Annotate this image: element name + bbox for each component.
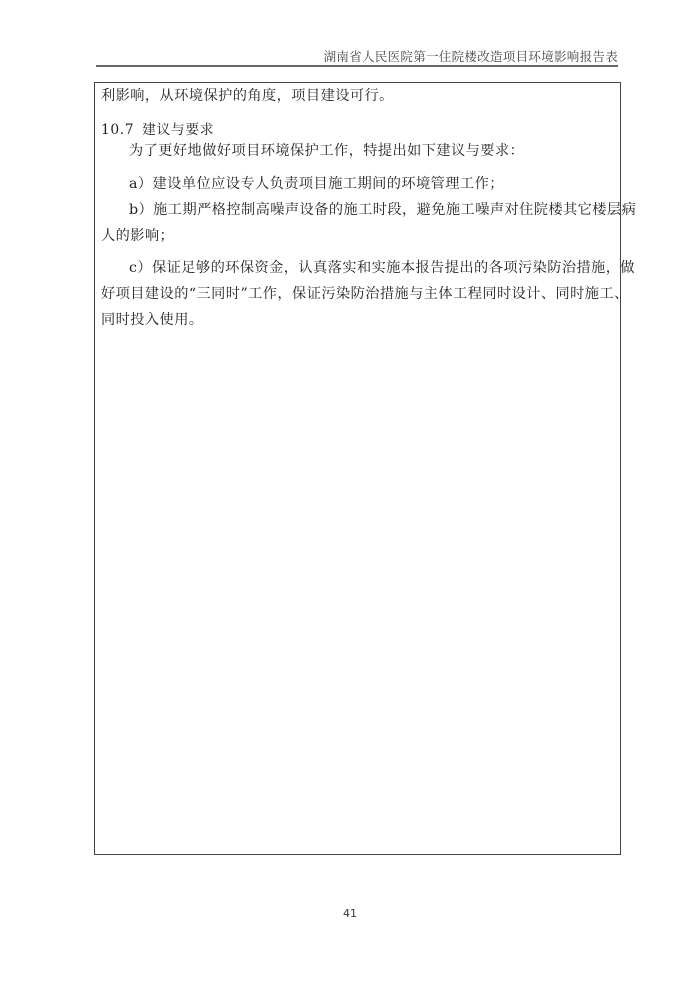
recommendation-b-line-2: 人的影响； — [101, 225, 174, 245]
section-title: 建议与要求 — [142, 122, 214, 138]
header-divider — [96, 65, 618, 67]
intro-paragraph: 为了更好地做好项目环境保护工作，特提出如下建议与要求： — [129, 140, 524, 160]
recommendation-c-line-1: c）保证足够的环保资金，认真落实和实施本报告提出的各项污染防治措施，做 — [129, 257, 635, 277]
recommendation-a: a）建设单位应设专人负责项目施工期间的环境管理工作； — [129, 173, 504, 193]
page-number: 41 — [0, 907, 700, 920]
document-header-title: 湖南省人民医院第一住院楼改造项目环境影响报告表 — [324, 47, 618, 65]
continuation-text: 利影响，从环境保护的角度，项目建设可行。 — [101, 85, 394, 105]
section-number: 10.7 — [101, 122, 134, 138]
recommendation-b-line-1: b）施工期严格控制高噪声设备的施工时段，避免施工噪声对住院楼其它楼层病 — [129, 199, 636, 219]
content-table-cell: 利影响，从环境保护的角度，项目建设可行。 10.7建议与要求 为了更好地做好项目… — [94, 82, 621, 855]
recommendation-c-line-3: 同时投入使用。 — [101, 309, 203, 329]
section-heading: 10.7建议与要求 — [101, 118, 214, 138]
recommendation-c-line-2: 好项目建设的“三同时”工作，保证污染防治措施与主体工程同时设计、同时施工、 — [101, 283, 629, 303]
